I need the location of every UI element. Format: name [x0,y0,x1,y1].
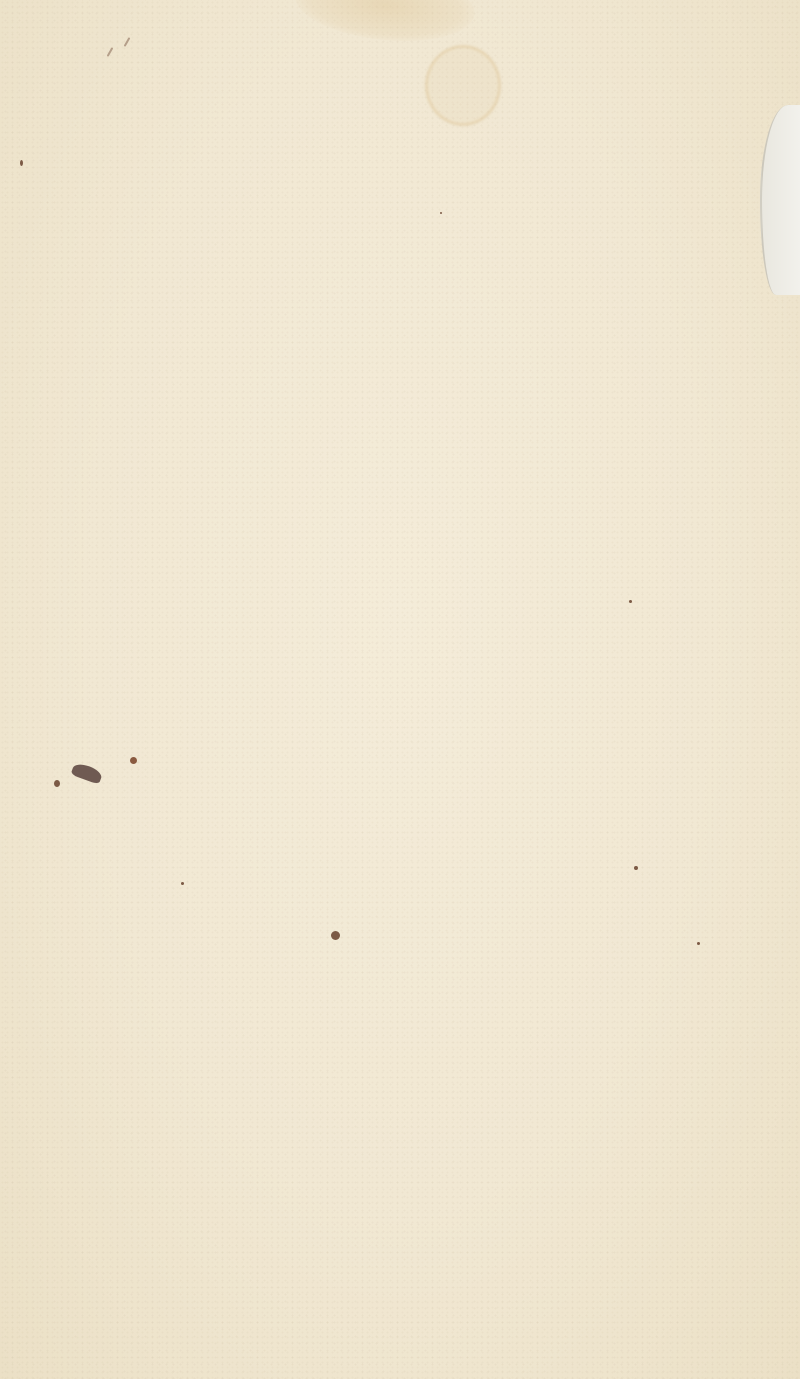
foxing-spot [331,931,340,940]
pencil-mark [107,47,114,57]
paper-texture [0,0,800,1379]
edge-tear [760,105,800,295]
foxing-spot [440,212,442,214]
ink-blot [71,761,104,784]
foxing-spot [697,942,700,945]
foxing-spot [629,600,632,603]
foxing-spot [54,780,60,787]
foxing-spot [181,882,184,885]
ring-stain [425,45,501,126]
foxing-spot [20,160,23,166]
book-page [0,0,800,1379]
pencil-mark [124,37,131,47]
foxing-spot [130,757,137,764]
water-stain [292,0,478,49]
foxing-spot [634,866,638,870]
